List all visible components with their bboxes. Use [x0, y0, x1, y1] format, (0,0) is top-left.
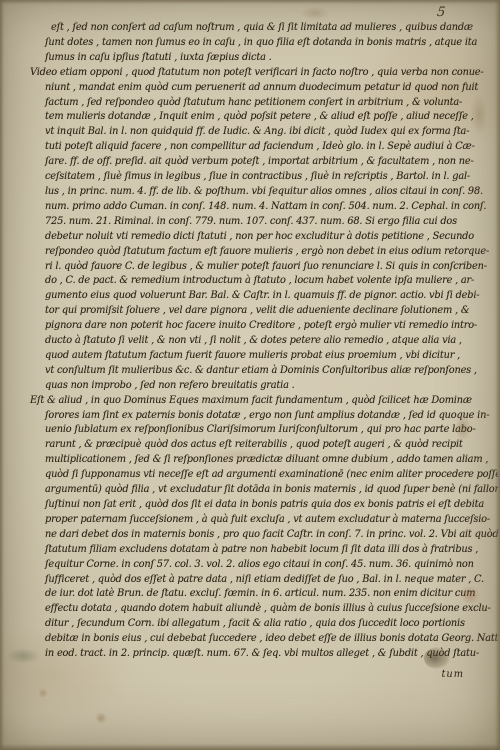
text-line: ſunt dotes , tamen non ſumus eo in caſu …: [45, 36, 478, 51]
text-line: rarunt , & præcipuè quòd dos actus eſt r…: [45, 438, 478, 453]
text-line: vt inquit Bal. in l. non quidquid ff. de…: [45, 125, 478, 140]
text-line: ducto à ſtatuto ſi velit , & non vti , ſ…: [45, 334, 478, 349]
text-line: tuti poteſt aliquid facere , non compell…: [45, 140, 478, 155]
text-line: gumento eius quod voluerunt Bar. Bal. & …: [45, 289, 478, 304]
body-text: eſt , ſed non conſert ad caſum noſtrum ,…: [30, 21, 478, 662]
text-line: niunt , mandat enim quòd cum peruenerit …: [45, 81, 478, 96]
catchword: tum: [441, 669, 464, 680]
text-line: ri l. quòd fauore C. de legibus , & muli…: [45, 260, 478, 275]
page-edge: [0, 0, 500, 4]
text-line: debetur noluit vti remedio dicti ſtatuti…: [45, 230, 478, 245]
foxing-stain: [300, 6, 330, 20]
text-line: quas non improbo , ſed non refero breuit…: [45, 379, 478, 394]
text-line: effectu dotata , quando dotem habuit ali…: [45, 602, 478, 617]
text-line: reſpondeo quòd ſtatutum factum eſt fauor…: [45, 245, 478, 260]
text-line: vt conſultum ſit mulieribus &c. & dantur…: [45, 364, 478, 379]
text-line: Video etiam opponi , quod ſtatutum non p…: [30, 66, 478, 81]
foxing-stain: [38, 688, 48, 698]
text-line: debitæ in bonis eius , cui debebat ſucce…: [45, 632, 478, 647]
text-line: argumentū) quòd filia , vt excludatur ſi…: [45, 483, 478, 498]
text-line: quod autem ſtatutum factum fuerit fauore…: [45, 349, 478, 364]
page-edge: [495, 0, 500, 750]
text-line: multiplicationem , ſed & ſi reſponſiones…: [45, 453, 478, 468]
text-line: quòd ſi ſupponamus vti neceſſe eſt ad ar…: [45, 468, 478, 483]
text-line: factum , ſed reſpondeo quòd ſtatutum han…: [45, 96, 478, 111]
text-line: pignora dare non poterit hoc facere inui…: [45, 319, 478, 334]
text-line: eſt , ſed non conſert ad caſum noſtrum ,…: [51, 21, 478, 36]
text-line: ſtatutum filiam excludens dotatam à patr…: [45, 543, 478, 558]
text-line: do , C. de pact. & remedium introductum …: [45, 274, 478, 289]
text-line: ſufficeret , quòd dos eſſet à patre data…: [45, 573, 478, 588]
text-line: Eſt & aliud , in quo Dominus Eques maxim…: [30, 394, 478, 409]
text-line: ſumus in caſu ipſius ſtatuti , iuxta ſæp…: [45, 51, 478, 66]
page-edge: [0, 0, 4, 750]
text-line: ditur , ſecundum Corn. ibi allegatum , f…: [45, 617, 478, 632]
text-line: uenio ſublatum ex reſponſionibus Clariſs…: [45, 423, 478, 438]
text-line: tem mulieris dotandæ , Inquit enim , quò…: [45, 110, 478, 125]
foxing-stain: [95, 712, 107, 724]
page-edge: [0, 744, 500, 750]
text-line: lus , in princ. num. 4. ff. de lib. & po…: [45, 185, 478, 200]
text-line: de iur. dot latè Brun. de ſtatu. excluſ.…: [45, 587, 478, 602]
text-line: ceſsitatem , ſiuè ſimus in legibus , ſiu…: [45, 170, 478, 185]
text-line: ſequitur Corne. in conſ 57. col. 3. vol.…: [45, 558, 478, 573]
text-line: tor qui promiſsit ſoluere , vel dare pig…: [45, 304, 478, 319]
page-number: 5: [436, 5, 446, 20]
text-line: ne dari debet dos in maternis bonis , pr…: [45, 528, 478, 543]
text-line: ſuſtinui non ſat erit , quòd dos ſit ei …: [45, 498, 478, 513]
text-line: ſare. ff. de off. preſid. ait quòd verbu…: [45, 155, 478, 170]
text-line: ſorores iam ſint ex paternis bonis dotat…: [45, 409, 478, 424]
text-line: proper paternam ſucceſsionem , à quà fui…: [45, 513, 478, 528]
book-page: 5 eſt , ſed non conſert ad caſum noſtrum…: [0, 0, 500, 750]
text-line: num. primo addo Cuman. in conſ. 148. num…: [45, 200, 478, 215]
text-line: in eod. tract. in 2. princip. quæſt. num…: [45, 647, 478, 662]
text-line: 725. num. 21. Riminal. in conſ. 779. num…: [45, 215, 478, 230]
